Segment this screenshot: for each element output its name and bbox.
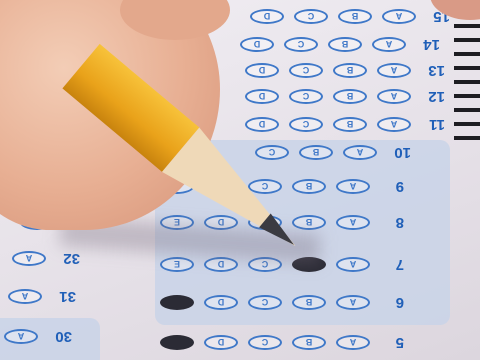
bubble[interactable]: A: [336, 335, 370, 350]
bubble-filled[interactable]: [160, 295, 194, 310]
bubble[interactable]: A: [4, 329, 38, 344]
bubble[interactable]: A: [372, 37, 406, 52]
bubble-filled[interactable]: [160, 335, 194, 350]
bubble[interactable]: C: [289, 63, 323, 78]
bubble[interactable]: D: [245, 63, 279, 78]
question-row: 14 A B C D: [240, 36, 440, 53]
bubble[interactable]: D: [250, 9, 284, 24]
bubble[interactable]: C: [284, 37, 318, 52]
bubble[interactable]: D: [204, 295, 238, 310]
question-row: 12 A B C D: [245, 88, 445, 105]
answer-sheet-photo: 15 A B C D 14 A B C D 13 A B C D 12 A B …: [0, 0, 480, 360]
bubble[interactable]: D: [204, 335, 238, 350]
question-row: 31 A: [8, 288, 76, 305]
bubble[interactable]: B: [328, 37, 362, 52]
bubble[interactable]: B: [333, 89, 367, 104]
bubble[interactable]: A: [377, 117, 411, 132]
bubble[interactable]: C: [255, 145, 289, 160]
bubble[interactable]: D: [245, 89, 279, 104]
bubble[interactable]: B: [292, 335, 326, 350]
bubble[interactable]: A: [336, 295, 370, 310]
bubble[interactable]: C: [289, 117, 323, 132]
bubble[interactable]: D: [240, 37, 274, 52]
bubble[interactable]: C: [289, 89, 323, 104]
bubble[interactable]: A: [377, 89, 411, 104]
bubble[interactable]: C: [248, 335, 282, 350]
bubble[interactable]: A: [377, 63, 411, 78]
bubble[interactable]: A: [336, 215, 370, 230]
bubble[interactable]: B: [333, 117, 367, 132]
question-row: 32 A: [12, 250, 80, 267]
bubble[interactable]: B: [292, 295, 326, 310]
bubble[interactable]: C: [248, 295, 282, 310]
question-row: 6 A B C D: [160, 294, 404, 311]
bubble[interactable]: E: [160, 257, 194, 272]
question-row: 13 A B C D: [245, 62, 445, 79]
bubble[interactable]: B: [338, 9, 372, 24]
bubble[interactable]: B: [292, 179, 326, 194]
bubble[interactable]: D: [245, 117, 279, 132]
bubble[interactable]: A: [382, 9, 416, 24]
bubble[interactable]: B: [333, 63, 367, 78]
bubble[interactable]: D: [204, 257, 238, 272]
bubble[interactable]: A: [12, 251, 46, 266]
question-row: 30 A: [4, 328, 72, 345]
bubble[interactable]: A: [343, 145, 377, 160]
question-row: 5 A B C D: [160, 334, 404, 351]
question-row: 15 A B C D: [250, 8, 450, 25]
bubble[interactable]: A: [336, 179, 370, 194]
bubble[interactable]: A: [8, 289, 42, 304]
question-row: 10 A B C: [255, 144, 411, 161]
bubble[interactable]: C: [294, 9, 328, 24]
bubble[interactable]: B: [299, 145, 333, 160]
bubble[interactable]: A: [336, 257, 370, 272]
question-row: 11 A B C D: [245, 116, 445, 133]
